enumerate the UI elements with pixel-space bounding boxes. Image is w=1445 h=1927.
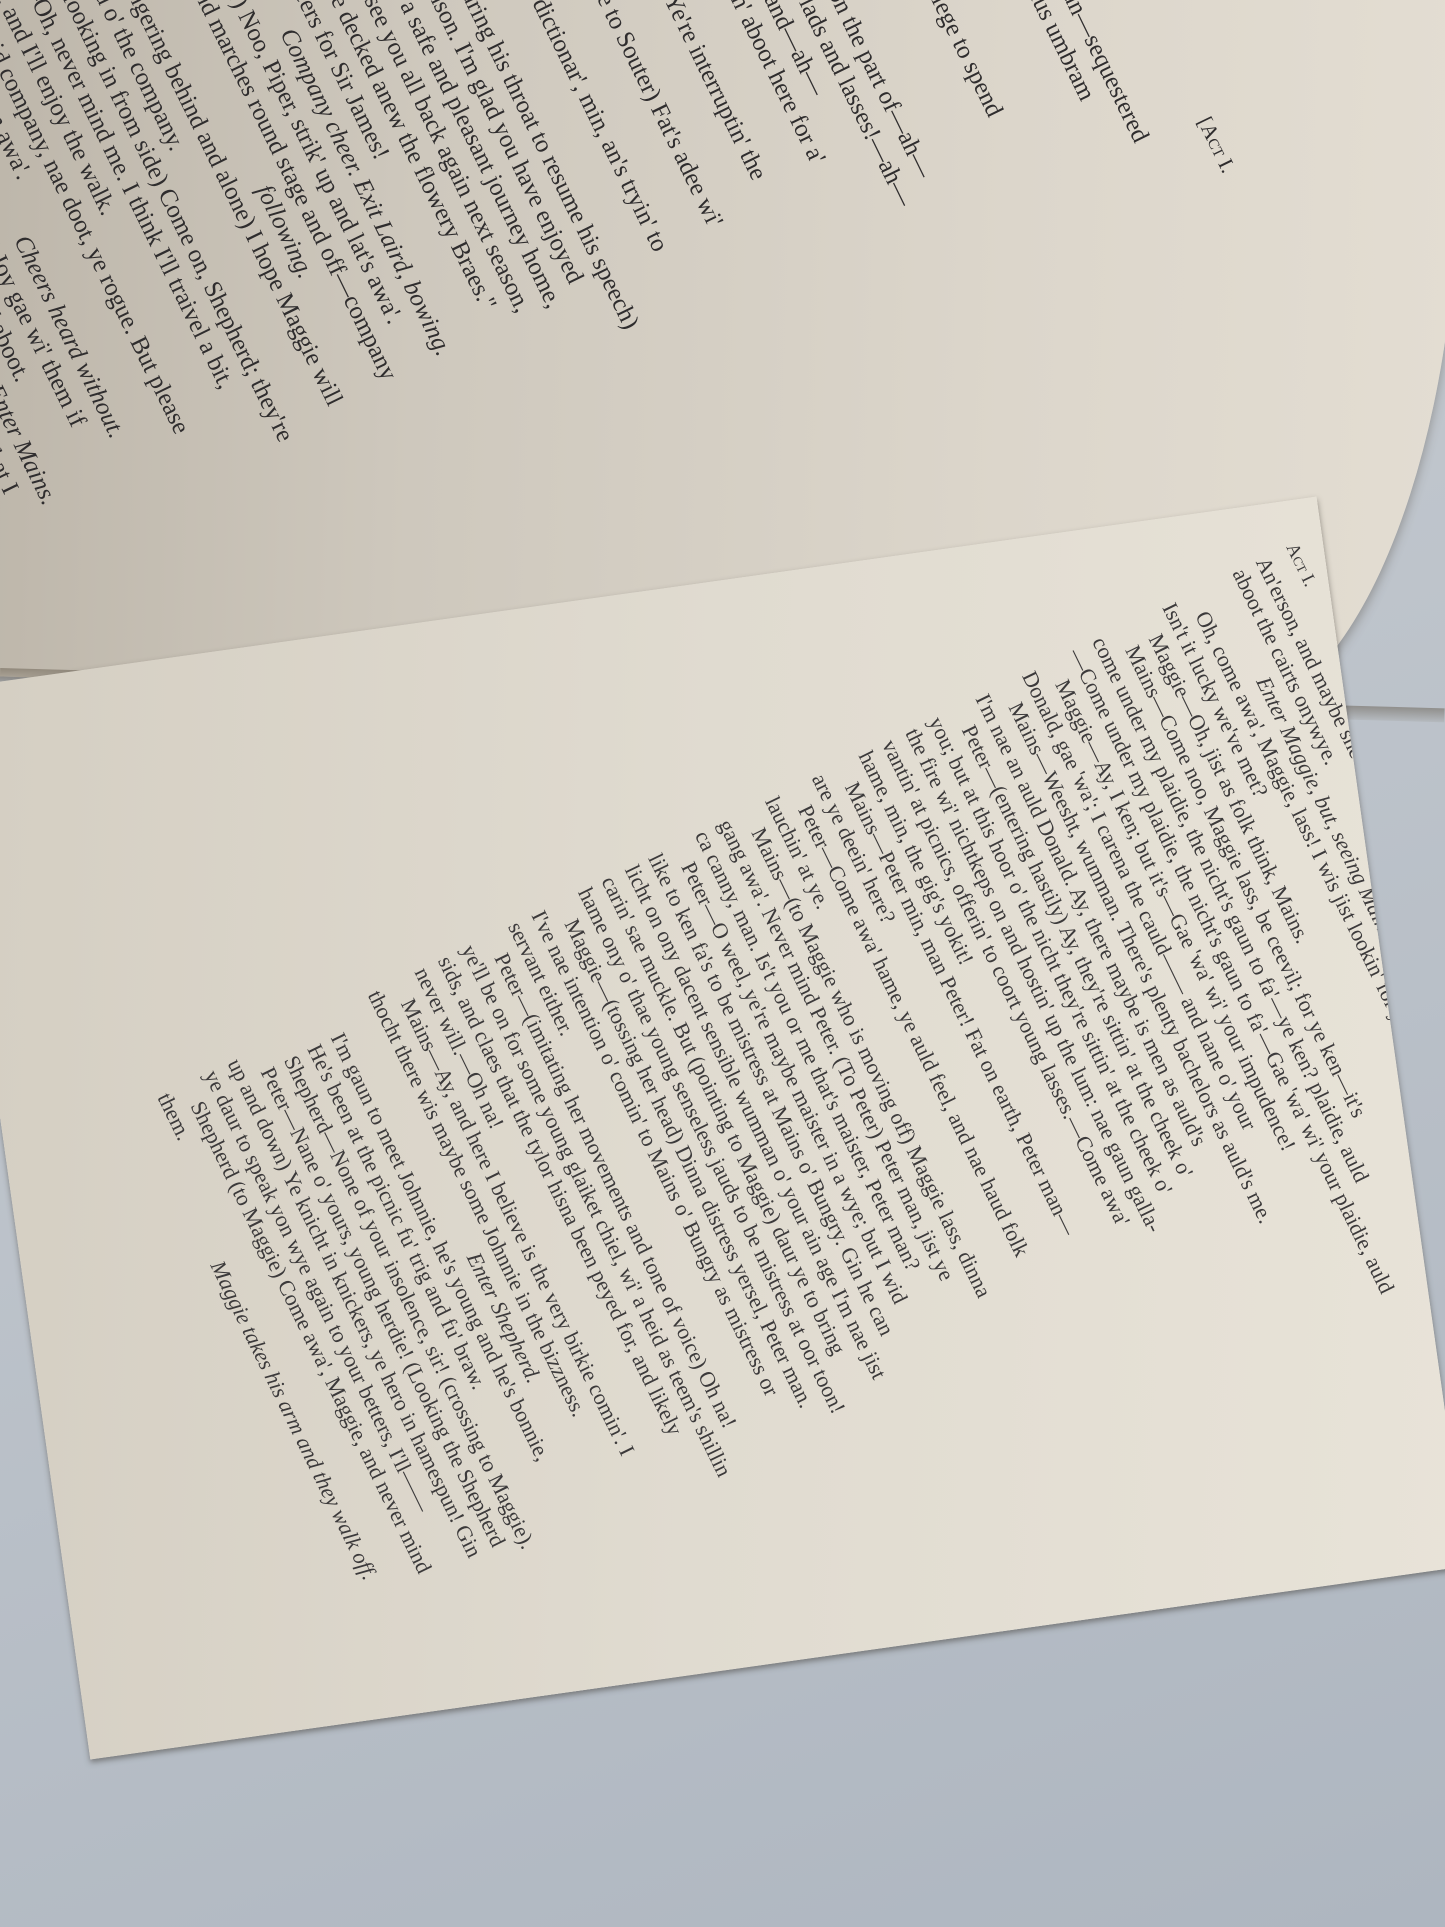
bottom-page-lines: An'erson, and maybe she's wytin' aboot f… (128, 553, 1445, 1741)
facing-page-bottom: Act I. Mains's Wooin'. An'erson, and may… (0, 497, 1445, 1760)
bottom-page-text: Act I. Mains's Wooin'. An'erson, and may… (128, 539, 1445, 1741)
